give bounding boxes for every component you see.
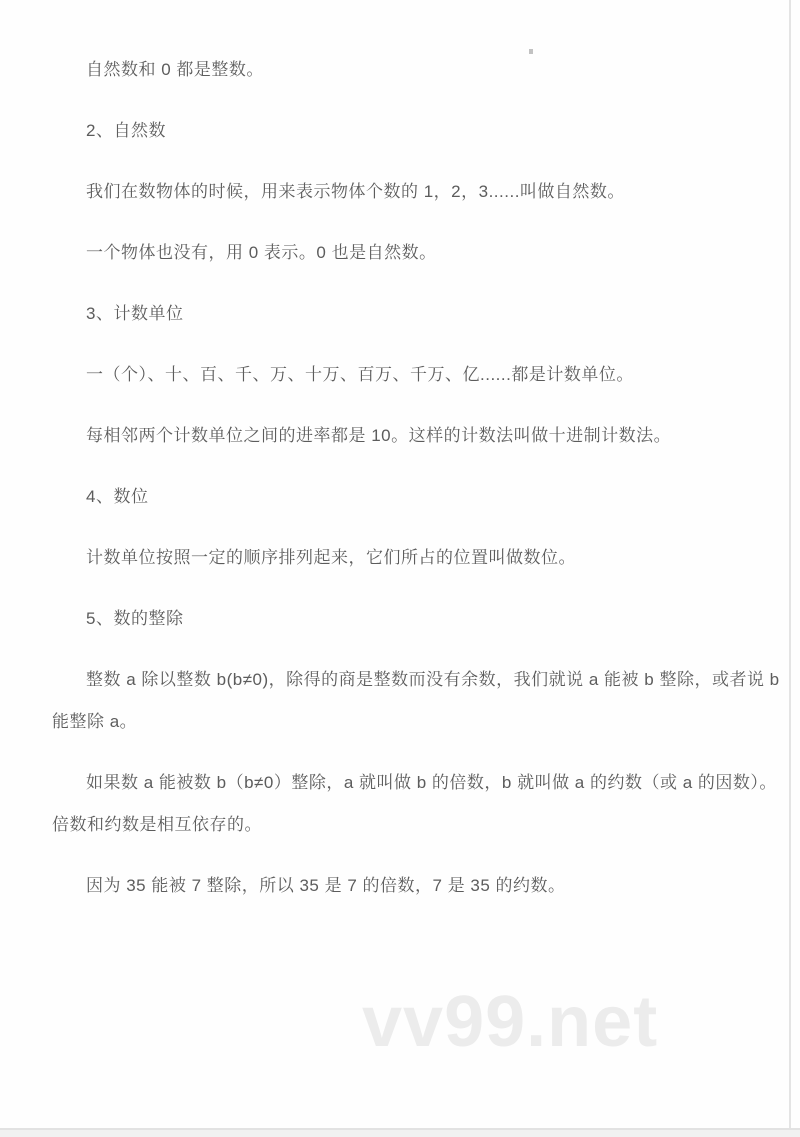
- paragraph-line: 每相邻两个计数单位之间的进率都是 10。这样的计数法叫做十进制计数法。: [52, 415, 748, 457]
- paragraph-line: 3、计数单位: [52, 293, 748, 335]
- paragraph-line: 因为 35 能被 7 整除，所以 35 是 7 的倍数，7 是 35 的约数。: [52, 865, 748, 907]
- paragraph-line: 一个物体也没有，用 0 表示。0 也是自然数。: [52, 232, 748, 274]
- paragraph-line: 整数 a 除以整数 b(b≠0)，除得的商是整数而没有余数，我们就说 a 能被 …: [52, 659, 748, 701]
- document-content: 自然数和 0 都是整数。 2、自然数 我们在数物体的时候，用来表示物体个数的 1…: [0, 0, 800, 907]
- paragraph-line: 5、数的整除: [52, 598, 748, 640]
- paragraph-line: 一（个）、十、百、千、万、十万、百万、千万、亿......都是计数单位。: [52, 354, 748, 396]
- paragraph-line: 如果数 a 能被数 b（b≠0）整除，a 就叫做 b 的倍数，b 就叫做 a 的…: [52, 762, 748, 804]
- paragraph-line: 我们在数物体的时候，用来表示物体个数的 1，2，3......叫做自然数。: [52, 171, 748, 213]
- document-page: 自然数和 0 都是整数。 2、自然数 我们在数物体的时候，用来表示物体个数的 1…: [0, 0, 800, 1137]
- paragraph-line: 自然数和 0 都是整数。: [52, 49, 748, 91]
- paragraph-continuation-line: 能整除 a。: [52, 701, 748, 743]
- page-bottom-border-strip: [0, 1128, 800, 1137]
- paragraph-line: 4、数位: [52, 476, 748, 518]
- page-right-edge-line: [789, 0, 791, 1128]
- paragraph-line: 计数单位按照一定的顺序排列起来，它们所占的位置叫做数位。: [52, 537, 748, 579]
- paragraph-continuation-line: 倍数和约数是相互依存的。: [52, 804, 748, 846]
- scan-artifact-dot: [529, 49, 533, 54]
- watermark-text: vv99.net: [362, 986, 658, 1058]
- paragraph-line: 2、自然数: [52, 110, 748, 152]
